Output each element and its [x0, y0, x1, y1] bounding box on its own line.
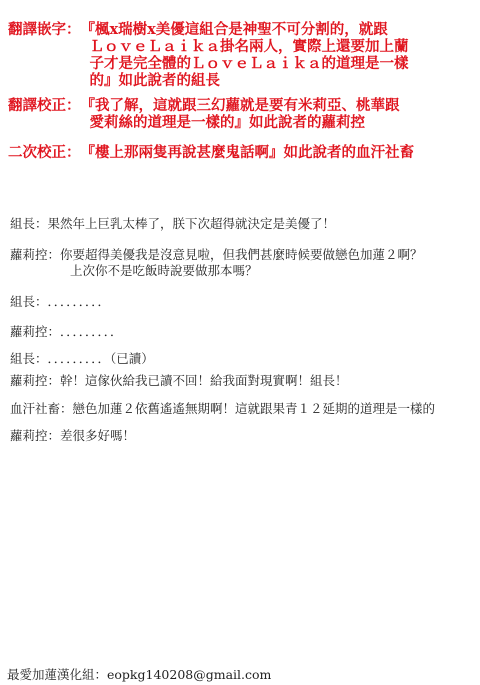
credit-label: 翻譯校正： [8, 97, 81, 131]
speaker-name: 組長： [10, 294, 48, 310]
credit-typesetting: 翻譯嵌字： 『楓x瑞樹x美優這組合是神聖不可分割的，就跟 ＬｏｖｅＬａｉｋａ掛名… [8, 21, 409, 89]
credit-text-line: 愛莉絲的道理是一樣的』如此說者的蘿莉控 [81, 114, 400, 131]
dialog-line: 蘿莉控： 你要超得美優我是沒意見啦，但我們甚麼時候要做戀色加蓮２啊？ 上次你不是… [10, 247, 423, 279]
speech-text: 果然年上巨乳太棒了，朕下次超得就決定是美優了！ [48, 216, 336, 232]
credit-second-proofreading: 二次校正： 『樓上那兩隻再說甚麼鬼話啊』如此說者的血汗社畜 [8, 144, 414, 161]
speech-text: ．．．．．．．．． [60, 324, 123, 340]
credit-text-line: 『楓x瑞樹x美優這組合是神聖不可分割的，就跟 [81, 21, 409, 38]
credit-text-line: 子才是完全體的ＬｏｖｅＬａｉｋａ的道理是一樣 [81, 55, 409, 72]
speech-text: ．．．．．．．．．（已讀） [48, 351, 154, 367]
speaker-name: 蘿莉控： [10, 324, 60, 340]
credit-label: 二次校正： [8, 144, 81, 161]
dialog-line: 血汗社畜： 戀色加蓮２依舊遙遙無期啊！這就跟果青１２延期的道理是一樣的 [10, 401, 435, 417]
dialog-line: 組長： ．．．．．．．．．（已讀） [10, 351, 154, 367]
speaker-name: 血汗社畜： [10, 401, 73, 417]
credit-text-line: 『我了解，這就跟三幻蘿就是要有米莉亞、桃華跟 [81, 97, 400, 114]
credit-proofreading: 翻譯校正： 『我了解，這就跟三幻蘿就是要有米莉亞、桃華跟 愛莉絲的道理是一樣的』… [8, 97, 400, 131]
speech-text: 上次你不是吃飯時說要做那本嗎？ [60, 263, 423, 279]
speech-text: 戀色加蓮２依舊遙遙無期啊！這就跟果青１２延期的道理是一樣的 [73, 401, 436, 417]
speaker-name: 蘿莉控： [10, 428, 60, 444]
credit-text-line: ＬｏｖｅＬａｉｋａ掛名兩人，實際上還要加上蘭 [81, 38, 409, 55]
credit-text-line: 『樓上那兩隻再說甚麼鬼話啊』如此說者的血汗社畜 [81, 144, 415, 161]
speaker-name: 蘿莉控： [10, 373, 60, 389]
speech-text: 差很多好嗎！ [60, 428, 135, 444]
speech-text: ．．．．．．．．． [48, 294, 111, 310]
dialog-line: 組長： 果然年上巨乳太棒了，朕下次超得就決定是美優了！ [10, 216, 335, 232]
speaker-name: 蘿莉控： [10, 247, 60, 279]
footer-contact: 最愛加蓮漢化組：eopkg140208@gmail.com [7, 667, 271, 683]
dialog-line: 蘿莉控： ．．．．．．．．． [10, 324, 123, 340]
dialog-line: 組長： ．．．．．．．．． [10, 294, 110, 310]
credit-text-line: 的』如此說者的組長 [81, 72, 409, 89]
dialog-line: 蘿莉控： 幹！這傢伙給我已讀不回！給我面對現實啊！組長！ [10, 373, 348, 389]
speech-text: 幹！這傢伙給我已讀不回！給我面對現實啊！組長！ [60, 373, 348, 389]
speech-text: 你要超得美優我是沒意見啦，但我們甚麼時候要做戀色加蓮２啊？ [60, 247, 423, 263]
speaker-name: 組長： [10, 351, 48, 367]
credit-label: 翻譯嵌字： [8, 21, 81, 89]
speaker-name: 組長： [10, 216, 48, 232]
dialog-line: 蘿莉控： 差很多好嗎！ [10, 428, 135, 444]
